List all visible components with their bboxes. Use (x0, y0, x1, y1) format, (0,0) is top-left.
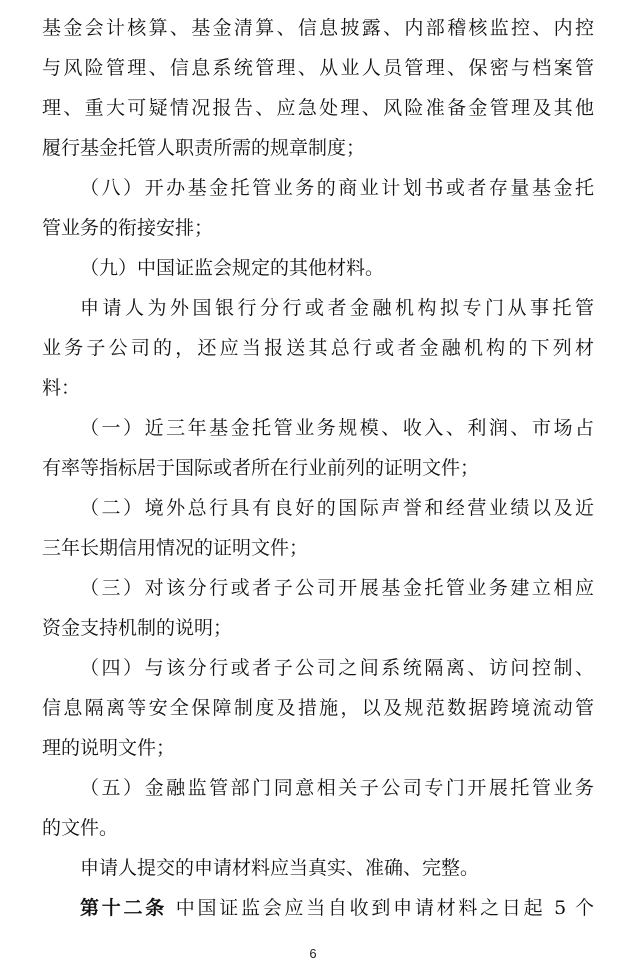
text-line: 业务子公司的，还应当报送其总行或者金融机构的下列材 (42, 334, 594, 362)
text-line: 三年长期信用情况的证明文件； (42, 534, 594, 562)
list-item-4: （四）与该分行或者子公司之间系统隔离、访问控制、 (80, 654, 594, 682)
paragraph-start: 申请人为外国银行分行或者金融机构拟专门从事托管 (80, 294, 594, 322)
text-line: 信息隔离等安全保障制度及措施，以及规范数据跨境流动管 (42, 694, 594, 722)
list-item-9: （九）中国证监会规定的其他材料。 (80, 254, 594, 282)
list-item-1: （一）近三年基金托管业务规模、收入、利润、市场占 (80, 414, 594, 442)
text-line: 管业务的衔接安排； (42, 214, 594, 242)
text-line: 理、重大可疑情况报告、应急处理、风险准备金管理及其他 (42, 94, 594, 122)
list-item-2: （二）境外总行具有良好的国际声誉和经营业绩以及近 (80, 494, 594, 522)
text-line: 有率等指标居于国际或者所在行业前列的证明文件； (42, 454, 594, 482)
article-text: 中国证监会应当自收到申请材料之日起 5 个 (167, 897, 594, 919)
text-line: 基金会计核算、基金清算、信息披露、内部稽核监控、内控 (42, 14, 594, 42)
text-line: 履行基金托管人职责所需的规章制度； (42, 134, 594, 162)
text-line: 理的说明文件； (42, 734, 594, 762)
article-12: 第十二条 中国证监会应当自收到申请材料之日起 5 个 (80, 894, 594, 922)
paragraph: 申请人提交的申请材料应当真实、准确、完整。 (80, 854, 594, 882)
article-heading: 第十二条 (80, 897, 167, 919)
list-item-5: （五）金融监管部门同意相关子公司专门开展托管业务 (80, 774, 594, 802)
text-line: 与风险管理、信息系统管理、从业人员管理、保密与档案管 (42, 54, 594, 82)
text-line: 料： (42, 374, 594, 402)
page-number: 6 (0, 946, 626, 961)
text-line: 的文件。 (42, 814, 594, 842)
document-page: 基金会计核算、基金清算、信息披露、内部稽核监控、内控 与风险管理、信息系统管理、… (0, 0, 626, 976)
list-item-3: （三）对该分行或者子公司开展基金托管业务建立相应 (80, 574, 594, 602)
text-line: 资金支持机制的说明； (42, 614, 594, 642)
list-item-8: （八）开办基金托管业务的商业计划书或者存量基金托 (80, 174, 594, 202)
